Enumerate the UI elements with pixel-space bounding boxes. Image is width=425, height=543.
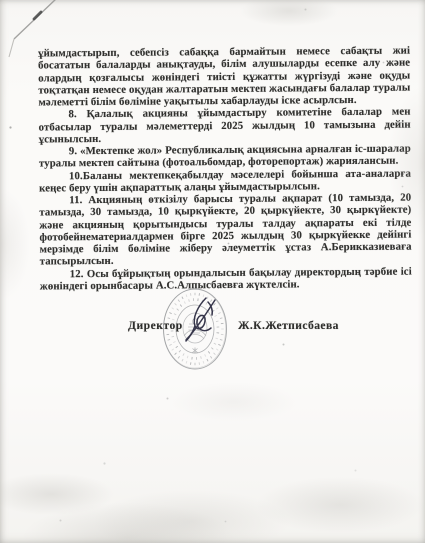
director-name: Ж.К.Жетписбаева [238, 319, 339, 332]
body-paragraph-item-9: 9. «Мектепке жол» Республикалық акциясын… [39, 143, 411, 170]
body-paragraph-continuation: ұйымдастырып, себепсіз сабаққа бармайтын… [38, 45, 410, 109]
scanned-document-page: ұйымдастырып, себепсіз сабаққа бармайтын… [0, 0, 425, 543]
paper-specks [0, 0, 1, 1]
stamp-emblem [183, 313, 207, 343]
body-paragraph-item-8: 8. Қалалық акцияны ұйымдастыру комитетін… [38, 106, 410, 146]
official-stamp [160, 287, 230, 371]
body-paragraph-item-11: 11. Акцияның өткізілу барысы туралы ақпа… [39, 192, 412, 268]
body-paragraph-item-10: 10.Баланы мектепкеқабылдау мәселелері бо… [39, 167, 411, 194]
document-body: ұйымдастырып, себепсіз сабаққа бармайтын… [38, 45, 412, 293]
